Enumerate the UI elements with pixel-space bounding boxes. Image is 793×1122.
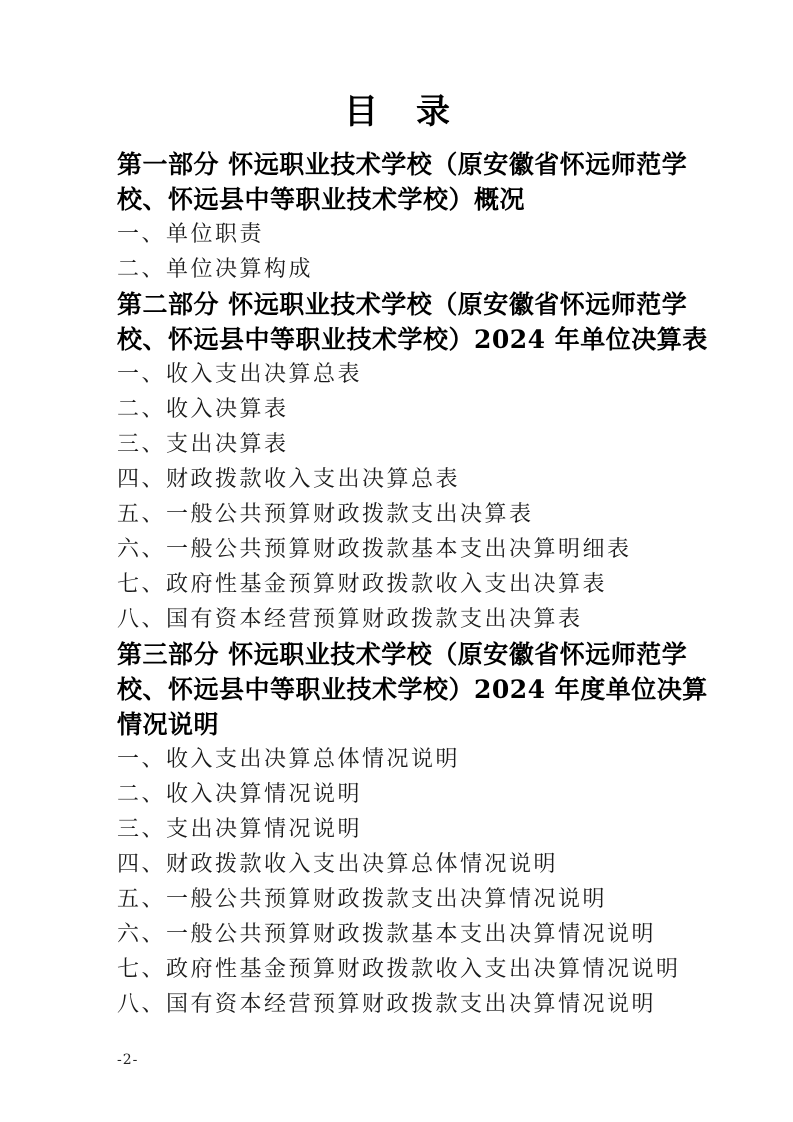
document-page: 目 录 第一部分 怀远职业技术学校（原安徽省怀远师范学 校、怀远县中等职业技术学… [0,0,793,1122]
section-2-heading-line-2: 校、怀远县中等职业技术学校）2024 年单位决算表 [117,320,679,355]
toc-item: 一、收入支出决算总体情况说明 [117,740,679,775]
toc-item: 四、财政拨款收入支出决算总表 [117,460,679,495]
toc-item: 七、政府性基金预算财政拨款收入支出决算表 [117,565,679,600]
toc-item: 五、一般公共预算财政拨款支出决算情况说明 [117,880,679,915]
toc-item: 六、一般公共预算财政拨款基本支出决算情况说明 [117,915,679,950]
toc-item: 一、收入支出决算总表 [117,355,679,390]
toc-item: 三、支出决算表 [117,425,679,460]
footer-page-number: -2- [117,1052,138,1068]
section-1-heading-line-2: 校、怀远县中等职业技术学校）概况 [117,180,679,215]
toc-item: 三、支出决算情况说明 [117,810,679,845]
toc-item: 二、收入决算表 [117,390,679,425]
section-3-heading-line-3: 情况说明 [117,705,679,740]
toc-item: 七、政府性基金预算财政拨款收入支出决算情况说明 [117,950,679,985]
toc-item: 二、单位决算构成 [117,250,679,285]
toc-item: 五、一般公共预算财政拨款支出决算表 [117,495,679,530]
section-1-heading-line-1: 第一部分 怀远职业技术学校（原安徽省怀远师范学 [117,145,679,180]
toc-item: 一、单位职责 [117,215,679,250]
section-3-heading-line-1: 第三部分 怀远职业技术学校（原安徽省怀远师范学 [117,635,679,670]
section-3-heading-line-2: 校、怀远县中等职业技术学校）2024 年度单位决算 [117,670,679,705]
toc-item: 二、收入决算情况说明 [117,775,679,810]
toc-item: 八、国有资本经营预算财政拨款支出决算情况说明 [117,985,679,1020]
section-2-heading-line-1: 第二部分 怀远职业技术学校（原安徽省怀远师范学 [117,285,679,320]
toc-item: 四、财政拨款收入支出决算总体情况说明 [117,845,679,880]
toc-item: 六、一般公共预算财政拨款基本支出决算明细表 [117,530,679,565]
toc-item: 八、国有资本经营预算财政拨款支出决算表 [117,600,679,635]
page-title: 目 录 [117,88,679,145]
toc-content: 目 录 第一部分 怀远职业技术学校（原安徽省怀远师范学 校、怀远县中等职业技术学… [117,88,679,1020]
